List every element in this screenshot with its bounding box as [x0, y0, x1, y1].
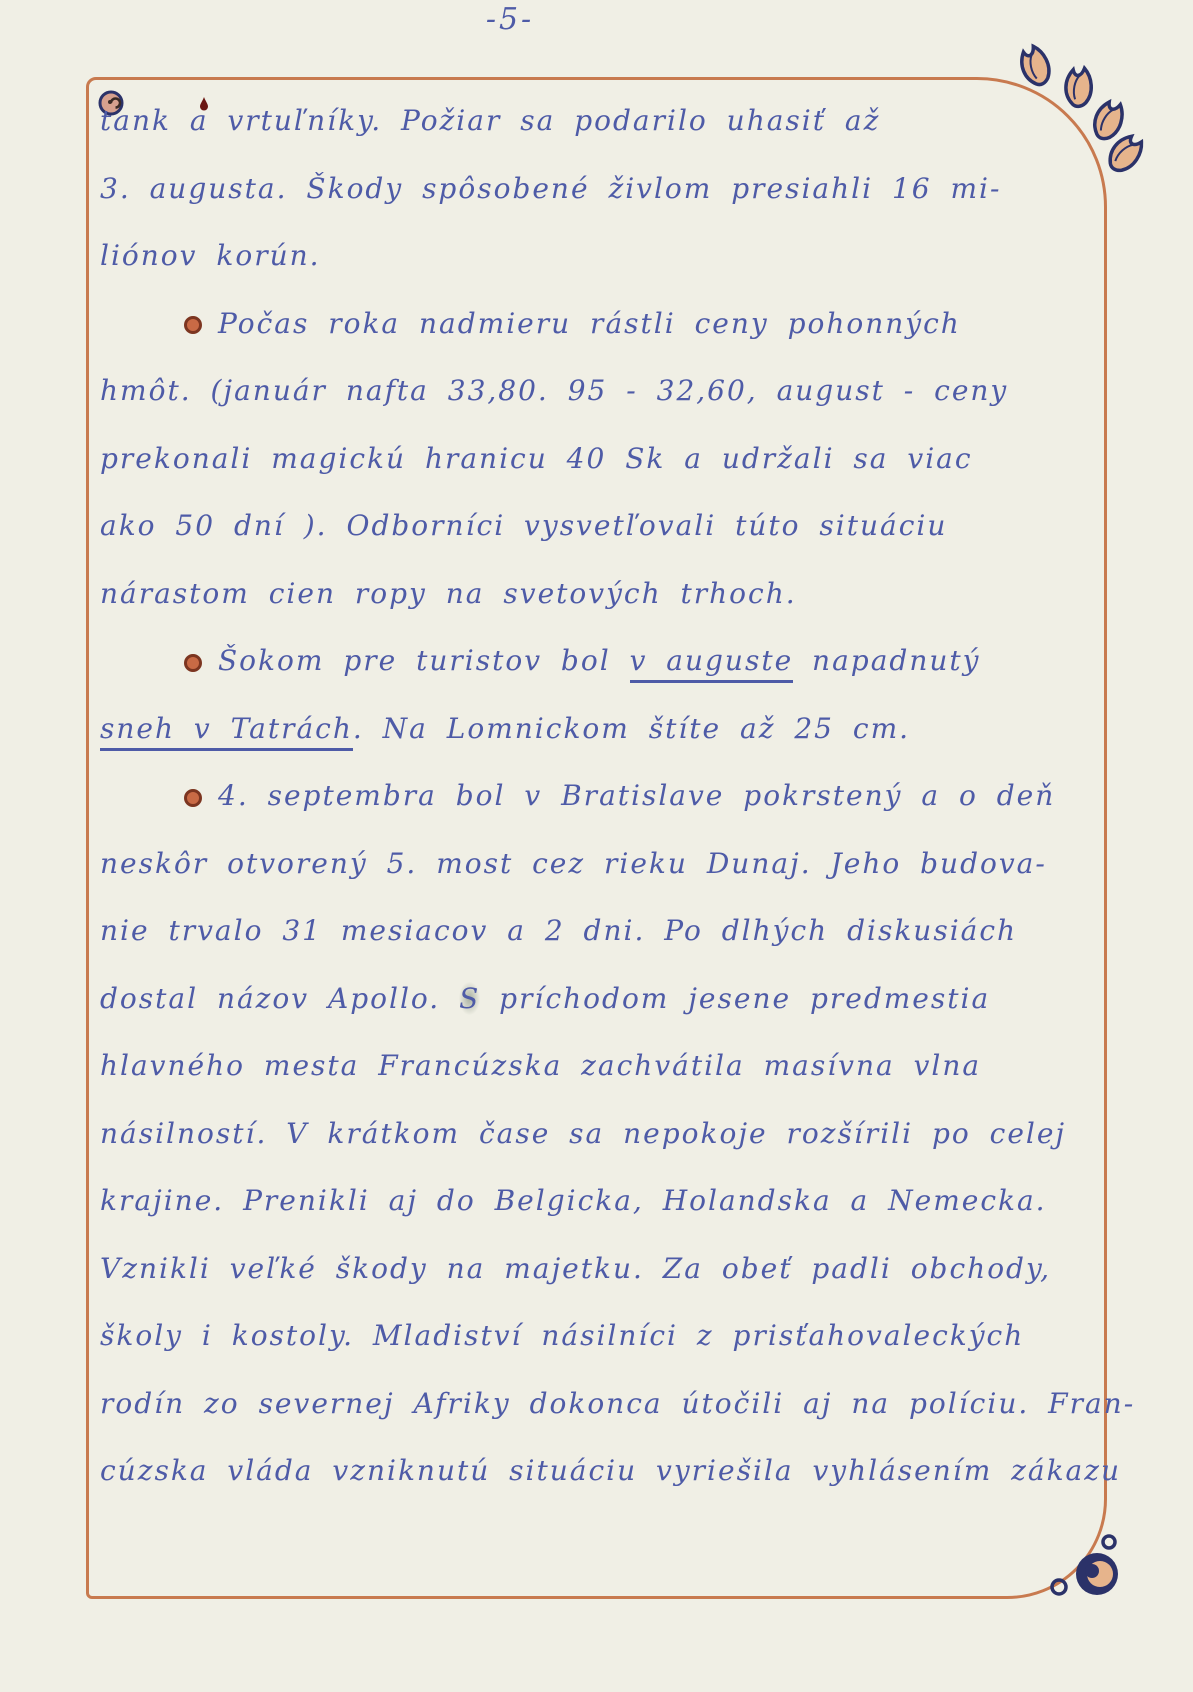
text-segment: ako 50 dní ). Odborníci vysvetľovali tút… — [100, 509, 947, 542]
text-segment: rodín zo severnej Afriky dokonca útočili… — [100, 1387, 1135, 1420]
text-segment: Počas roka nadmieru rástli ceny pohonnýc… — [218, 307, 961, 340]
text-line: krajine. Prenikli aj do Belgicka, Holand… — [100, 1184, 1100, 1252]
crescent-circles-icon — [1045, 1530, 1135, 1602]
text-segment: školy i kostoly. Mladiství násilníci z p… — [100, 1319, 1024, 1352]
text-segment: liónov korún. — [100, 239, 321, 272]
text-segment: S — [459, 982, 480, 1015]
bullet-marker — [184, 654, 202, 672]
text-line: prekonali magickú hranicu 40 Sk a udržal… — [100, 442, 1100, 510]
text-line: Počas roka nadmieru rástli ceny pohonnýc… — [100, 307, 1100, 375]
underlined-text: v auguste — [630, 644, 794, 683]
text-line: nárastom cien ropy na svetových trhoch. — [100, 577, 1100, 645]
bullet-marker — [184, 316, 202, 334]
text-segment: hmôt. (január nafta 33,80. 95 - 32,60, a… — [100, 374, 1008, 407]
text-segment: nárastom cien ropy na svetových trhoch. — [100, 577, 797, 610]
text-segment: nie trvalo 31 mesiacov a 2 dni. Po dlhýc… — [100, 914, 1017, 947]
text-segment: hlavného mesta Francúzska zachvátila mas… — [100, 1049, 981, 1082]
handwritten-text-block: tank a vrtuľníky. Požiar sa podarilo uha… — [100, 104, 1100, 1522]
text-segment: tank a vrtuľníky. Požiar sa podarilo uha… — [100, 104, 880, 137]
text-line: tank a vrtuľníky. Požiar sa podarilo uha… — [100, 104, 1100, 172]
text-line: hmôt. (január nafta 33,80. 95 - 32,60, a… — [100, 374, 1100, 442]
text-line: hlavného mesta Francúzska zachvátila mas… — [100, 1049, 1100, 1117]
text-line: ako 50 dní ). Odborníci vysvetľovali tút… — [100, 509, 1100, 577]
page-number: -5- — [430, 2, 590, 37]
text-line: dostal názov Apollo. S príchodom jesene … — [100, 982, 1100, 1050]
text-segment: násilností. V krátkom čase sa nepokoje r… — [100, 1117, 1066, 1150]
text-line: liónov korún. — [100, 239, 1100, 307]
bullet-marker — [184, 789, 202, 807]
text-line: 3. augusta. Škody spôsobené živlom presi… — [100, 172, 1100, 240]
text-segment: napadnutý — [793, 644, 980, 677]
text-segment: 4. septembra bol v Bratislave pokrstený … — [218, 779, 1055, 812]
text-line: rodín zo severnej Afriky dokonca útočili… — [100, 1387, 1100, 1455]
text-line: Šokom pre turistov bol v auguste napadnu… — [100, 644, 1100, 712]
underlined-text: sneh v Tatrách — [100, 712, 353, 751]
text-segment: príchodom jesene predmestia — [480, 982, 990, 1015]
text-line: nie trvalo 31 mesiacov a 2 dni. Po dlhýc… — [100, 914, 1100, 982]
text-segment: Šokom pre turistov bol — [218, 644, 630, 677]
text-line: Vznikli veľké škody na majetku. Za obeť … — [100, 1252, 1100, 1320]
text-segment: . Na Lomnickom štíte až 25 cm. — [353, 712, 910, 745]
text-segment: 3. augusta. Škody spôsobené živlom presi… — [100, 172, 1001, 205]
text-segment: prekonali magickú hranicu 40 Sk a udržal… — [100, 442, 973, 475]
text-segment: neskôr otvorený 5. most cez rieku Dunaj.… — [100, 847, 1047, 880]
text-line: neskôr otvorený 5. most cez rieku Dunaj.… — [100, 847, 1100, 915]
text-segment: cúzska vláda vzniknutú situáciu vyriešil… — [100, 1454, 1121, 1487]
text-line: školy i kostoly. Mladiství násilníci z p… — [100, 1319, 1100, 1387]
text-segment: krajine. Prenikli aj do Belgicka, Holand… — [100, 1184, 1047, 1217]
text-line: cúzska vláda vzniknutú situáciu vyriešil… — [100, 1454, 1100, 1522]
text-segment: dostal názov Apollo. — [100, 982, 459, 1015]
text-line: 4. septembra bol v Bratislave pokrstený … — [100, 779, 1100, 847]
text-line: násilností. V krátkom čase sa nepokoje r… — [100, 1117, 1100, 1185]
text-line: sneh v Tatrách. Na Lomnickom štíte až 25… — [100, 712, 1100, 780]
text-segment: Vznikli veľké škody na majetku. Za obeť … — [100, 1252, 1051, 1285]
